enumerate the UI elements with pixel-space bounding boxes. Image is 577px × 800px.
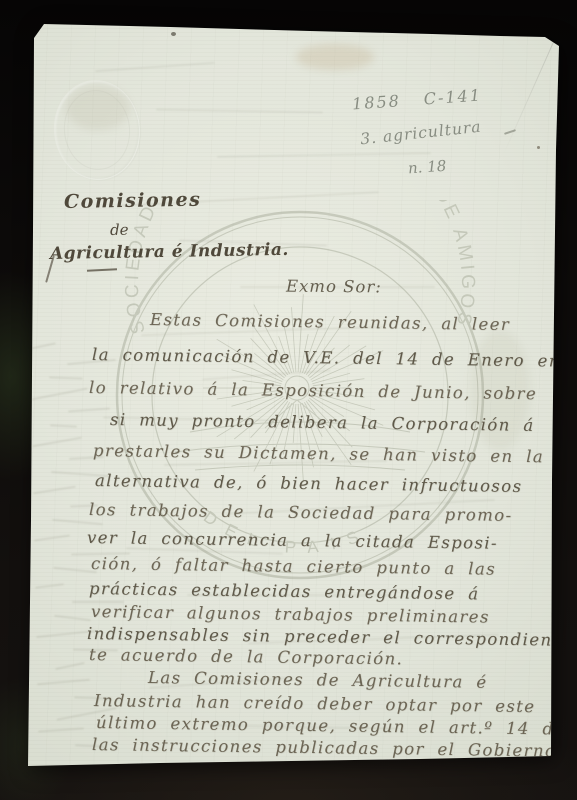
paper-speck (537, 146, 540, 149)
embossed-blind-stamp (49, 76, 145, 184)
seal-inner-ring (152, 247, 448, 543)
paper-stain (470, 330, 530, 450)
manuscript-line: las instrucciones publicadas por el Gobi… (92, 735, 557, 760)
paper-stain (66, 86, 130, 130)
pencil-category-note: 3. agricultura (359, 118, 482, 149)
fold-crease (503, 39, 556, 155)
manuscript-line: prácticas establecidas entregándose á (89, 579, 480, 603)
manuscript-line: los trabajos de la Sociedad para promo- (89, 500, 513, 525)
seal-landscape (175, 400, 425, 470)
letterhead-flourish (87, 268, 117, 272)
svg-text:SOCIEDAD ECONOMICA VALENCIANA: SOCIEDAD ECONOMICA VALENCIANA DE AMIGOS (122, 200, 478, 336)
document-page: SOCIEDAD ECONOMICA VALENCIANA DE AMIGOS … (0, 0, 577, 800)
salutation: Exmo Sor: (286, 277, 382, 297)
manuscript-line: prestarles su Dictamen, se han visto en … (93, 441, 544, 466)
seal-sun-icon (285, 376, 309, 400)
society-seal: SOCIEDAD ECONOMICA VALENCIANA DE AMIGOS … (105, 200, 495, 590)
seal-legend-bottom: DEL PAIS (200, 507, 365, 557)
document-photo: SOCIEDAD ECONOMICA VALENCIANA DE AMIGOS … (0, 0, 577, 800)
manuscript-line: último extremo porque, según el art.º 14… (96, 713, 566, 739)
letterhead-line: de (110, 221, 129, 239)
seal-sun-rays (203, 294, 383, 482)
letterhead-paraph (45, 255, 55, 282)
manuscript-line: Estas Comisiones reunidas, al leer (150, 310, 510, 334)
letterhead-line: Agricultura é Industria. (50, 240, 289, 264)
manuscript-line: verificar algunos trabajos preliminares (91, 602, 490, 627)
paper-stain (296, 44, 374, 70)
pencil-catalog-number: 1858 C-141 (351, 85, 482, 113)
pencil-item-number: n. 18 (407, 157, 446, 178)
manuscript-line: ver la concurrencia a la citada Esposi- (87, 528, 498, 553)
manuscript-line: ción, ó faltar hasta cierto punto a las (91, 554, 496, 579)
svg-text:DEL PAIS: DEL PAIS (200, 507, 365, 557)
manuscript-line: te acuerdo de la Corporación. (89, 645, 404, 668)
manuscript-line: si muy pronto delibera la Corporación á (110, 410, 535, 435)
pencil-mark (504, 129, 516, 135)
seal-legend-top: SOCIEDAD ECONOMICA VALENCIANA DE AMIGOS (122, 200, 478, 336)
manuscript-line: Las Comisiones de Agricultura é (148, 668, 488, 692)
letterhead-line: Comisiones (64, 189, 202, 213)
manuscript-line: la comunicación de V.E. del 14 de Enero … (92, 345, 561, 371)
manuscript-line: lo relativo á la Esposición de Junio, so… (89, 378, 537, 403)
paper-speck (171, 32, 176, 36)
manuscript-line: Industria han creído deber optar por est… (94, 691, 536, 716)
manuscript-line: indispensables sin preceder el correspon… (87, 624, 560, 650)
manuscript-line: alternativa de, ó bien hacer infructuoso… (95, 471, 523, 496)
seal-outer-ring (117, 212, 483, 578)
